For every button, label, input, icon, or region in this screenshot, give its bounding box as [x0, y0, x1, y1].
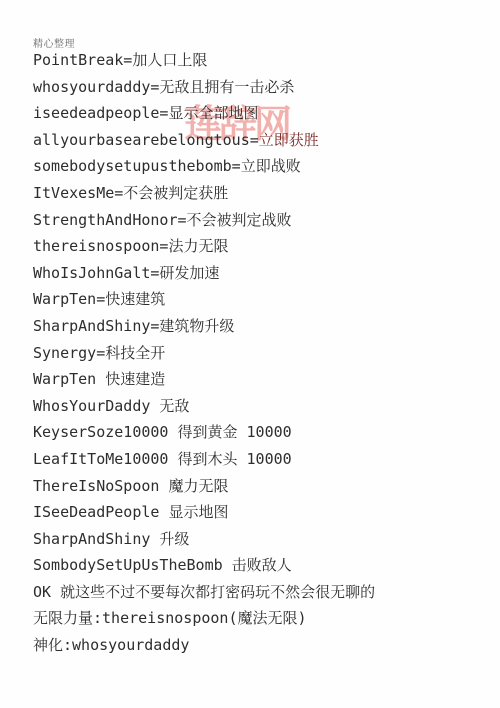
highlighted-cheat-result: 立即获胜: [259, 131, 319, 149]
cheat-text: ISeeDeadPeople 显示地图: [33, 503, 228, 521]
cheat-line: ISeeDeadPeople 显示地图: [33, 499, 375, 526]
cheat-text: somebodysetupusthebomb=立即战败: [33, 157, 301, 175]
cheat-line: WhosYourDaddy 无敌: [33, 393, 375, 420]
cheat-line: Synergy=科技全开: [33, 340, 375, 367]
cheat-text: KeyserSoze10000 得到黄金 10000: [33, 423, 292, 441]
cheat-text: WhosYourDaddy 无敌: [33, 397, 189, 415]
cheat-text: ItVexesMe=不会被判定获胜: [33, 184, 228, 202]
cheat-text: PointBreak=加人口上限: [33, 51, 207, 69]
cheat-line: WarpTen=快速建筑: [33, 286, 375, 313]
cheat-text: WarpTen=快速建筑: [33, 290, 165, 308]
cheat-line: StrengthAndHonor=不会被判定战败: [33, 207, 375, 234]
cheat-line: ItVexesMe=不会被判定获胜: [33, 180, 375, 207]
cheat-line: 无限力量:thereisnospoon(魔法无限): [33, 605, 375, 632]
document-page: 精心整理 莲辞网 PointBreak=加人口上限whosyourdaddy=无…: [0, 0, 500, 708]
cheat-line: KeyserSoze10000 得到黄金 10000: [33, 419, 375, 446]
cheat-line: OK 就这些不过不要每次都打密码玩不然会很无聊的: [33, 579, 375, 606]
cheat-code-list: PointBreak=加人口上限whosyourdaddy=无敌且拥有一击必杀i…: [33, 47, 375, 659]
cheat-line: WarpTen 快速建造: [33, 366, 375, 393]
cheat-line: LeafItToMe10000 得到木头 10000: [33, 446, 375, 473]
cheat-line: SharpAndShiny 升级: [33, 526, 375, 553]
cheat-text: OK 就这些不过不要每次都打密码玩不然会很无聊的: [33, 583, 375, 601]
cheat-text: whosyourdaddy=无敌且拥有一击必杀: [33, 78, 294, 96]
cheat-line: whosyourdaddy=无敌且拥有一击必杀: [33, 74, 375, 101]
cheat-line: allyourbasearebelongtous=立即获胜: [33, 127, 375, 154]
cheat-line: somebodysetupusthebomb=立即战败: [33, 153, 375, 180]
cheat-text: LeafItToMe10000 得到木头 10000: [33, 450, 292, 468]
cheat-text: SharpAndShiny=建筑物升级: [33, 317, 234, 335]
cheat-line: iseedeadpeople=显示全部地图: [33, 100, 375, 127]
cheat-text: SombodySetUpUsTheBomb 击败敌人: [33, 556, 292, 574]
cheat-text: allyourbasearebelongtous=: [33, 131, 259, 149]
cheat-text: SharpAndShiny 升级: [33, 530, 189, 548]
cheat-text: WhoIsJohnGalt=研发加速: [33, 264, 219, 282]
cheat-text: iseedeadpeople=显示全部地图: [33, 104, 258, 122]
cheat-line: ThereIsNoSpoon 魔力无限: [33, 473, 375, 500]
cheat-text: WarpTen 快速建造: [33, 370, 165, 388]
cheat-line: PointBreak=加人口上限: [33, 47, 375, 74]
cheat-line: 神化:whosyourdaddy: [33, 632, 375, 659]
cheat-text: Synergy=科技全开: [33, 344, 165, 362]
cheat-line: WhoIsJohnGalt=研发加速: [33, 260, 375, 287]
cheat-line: SombodySetUpUsTheBomb 击败敌人: [33, 552, 375, 579]
cheat-text: ThereIsNoSpoon 魔力无限: [33, 477, 228, 495]
cheat-text: thereisnospoon=法力无限: [33, 237, 228, 255]
cheat-line: SharpAndShiny=建筑物升级: [33, 313, 375, 340]
cheat-text: 神化:whosyourdaddy: [33, 636, 189, 654]
cheat-line: thereisnospoon=法力无限: [33, 233, 375, 260]
cheat-text: StrengthAndHonor=不会被判定战败: [33, 211, 292, 229]
cheat-text: 无限力量:thereisnospoon(魔法无限): [33, 609, 307, 627]
